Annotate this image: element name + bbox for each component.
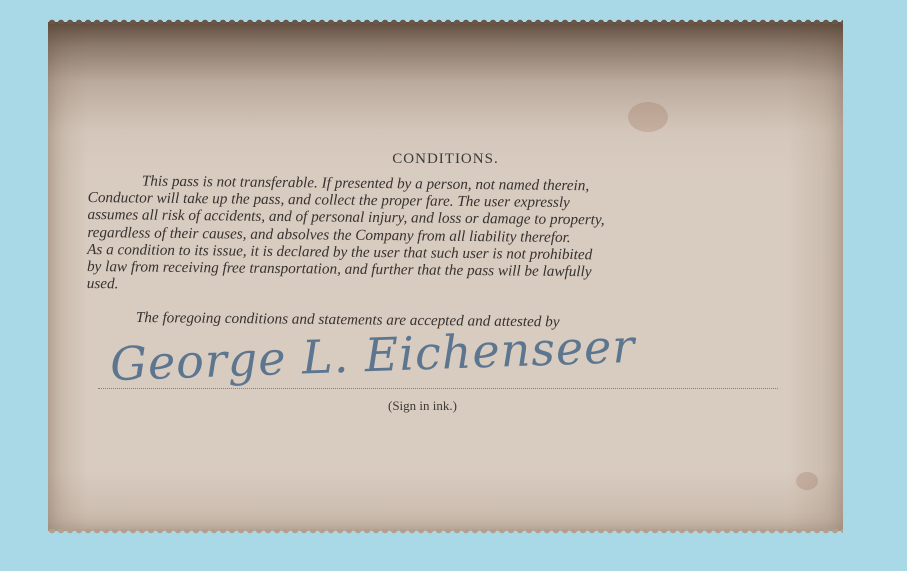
signature-line bbox=[98, 388, 778, 389]
sign-in-ink-note: (Sign in ink.) bbox=[388, 398, 457, 414]
rail-pass-card-back: CONDITIONS. This pass is not transferabl… bbox=[48, 22, 843, 531]
signature: George L. Eichenseer bbox=[109, 319, 636, 391]
stain bbox=[628, 102, 668, 132]
conditions-paragraph: This pass is not transferable. If presen… bbox=[87, 172, 796, 300]
conditions-heading: CONDITIONS. bbox=[48, 151, 843, 168]
stain bbox=[796, 472, 818, 490]
